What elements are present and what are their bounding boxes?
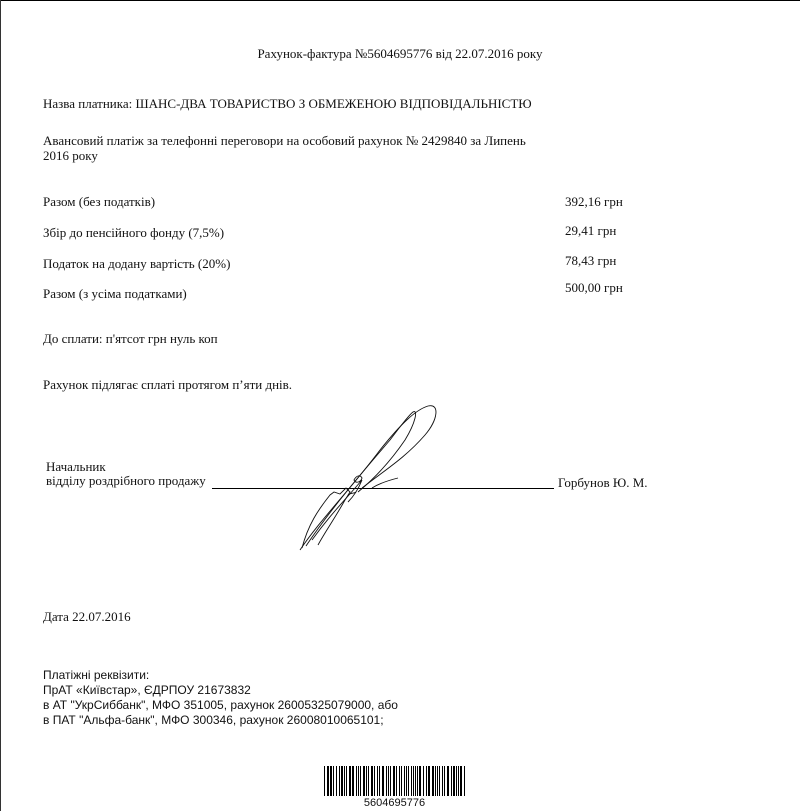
total-value: 392,16 грн: [565, 194, 623, 209]
payer-name: Назва платника: ШАНС-ДВА ТОВАРИСТВО З ОБ…: [43, 96, 532, 111]
payment-due-note: Рахунок підлягає сплаті протягом п’яти д…: [43, 377, 292, 392]
grand-total-label: Разом (з усіма податками): [43, 286, 187, 301]
requisites-line: ПрАТ «Київстар», ЄДРПОУ 21673832: [43, 683, 398, 698]
invoice-date: Дата 22.07.2016: [43, 609, 131, 624]
amount-in-words: До сплати: п'ятсот грн нуль коп: [43, 331, 218, 346]
requisites-line: в АТ "УкрСиббанк", МФО 351005, рахунок 2…: [43, 698, 398, 713]
barcode-icon: [322, 766, 467, 796]
vat-label: Податок на додану вартість (20%): [43, 256, 230, 271]
pension-fee-value: 29,41 грн: [565, 223, 616, 238]
invoice-title: Рахунок-фактура №5604695776 від 22.07.20…: [0, 46, 800, 61]
payment-description: Авансовий платіж за телефонні переговори…: [43, 133, 553, 163]
requisites-line: в ПАТ "Альфа-банк", МФО 300346, рахунок …: [43, 713, 398, 728]
pension-fee-label: Збір до пенсійного фонду (7,5%): [43, 225, 224, 240]
barcode-number: 5604695776: [322, 797, 467, 809]
page-border-top: [0, 0, 800, 1]
payment-requisites: Платіжні реквізити: ПрАТ «Київстар», ЄДР…: [43, 668, 398, 728]
vat-value: 78,43 грн: [565, 253, 616, 268]
signatory-name: Горбунов Ю. М.: [558, 475, 648, 490]
handwritten-signature-icon: [290, 400, 450, 555]
signatory-role-line1: Начальник: [46, 460, 206, 474]
requisites-heading: Платіжні реквізити:: [43, 668, 398, 683]
signatory-role: Начальник відділу роздрібного продажу: [46, 460, 206, 488]
signatory-role-line2: відділу роздрібного продажу: [46, 474, 206, 488]
page-border-left: [0, 0, 1, 811]
grand-total-value: 500,00 грн: [565, 280, 623, 295]
total-label: Разом (без податків): [43, 194, 155, 209]
